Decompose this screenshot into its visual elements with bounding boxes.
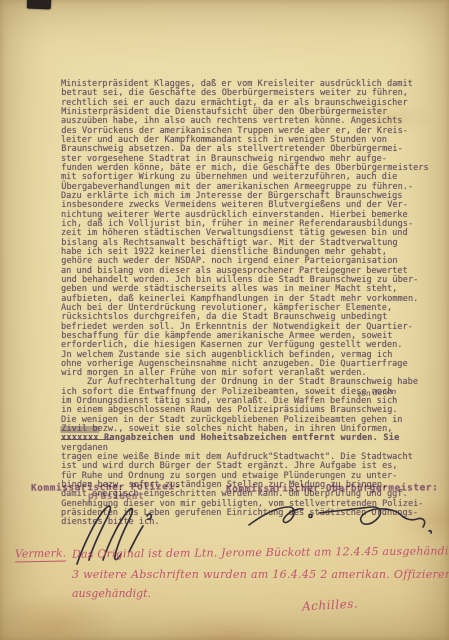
- stamp-polizeipraesident-line2: präsident: [88, 491, 144, 502]
- note-signature: Achilles.: [302, 597, 359, 614]
- note-label: Vermerk.: [15, 547, 66, 563]
- corner-mark: [27, 0, 51, 9]
- note-line: ausgehändigt.: [72, 587, 151, 600]
- document-page: Ministerpräsident Klagges, daß er vom Kr…: [0, 0, 449, 640]
- typed-line: xxxxxxx Rangabzeichen und Hoheitsabzeich…: [61, 434, 443, 443]
- stamp-oberbuergermeister: Kommissarischer Oberbürgermeister:: [226, 482, 438, 494]
- note-line: 3 weitere Abschriften wurden am 16.4.45 …: [72, 568, 449, 581]
- signature-left: [63, 502, 198, 568]
- typed-text-body: Ministerpräsident Klagges, daß er vom Kr…: [61, 52, 443, 528]
- signature-right: [245, 495, 435, 539]
